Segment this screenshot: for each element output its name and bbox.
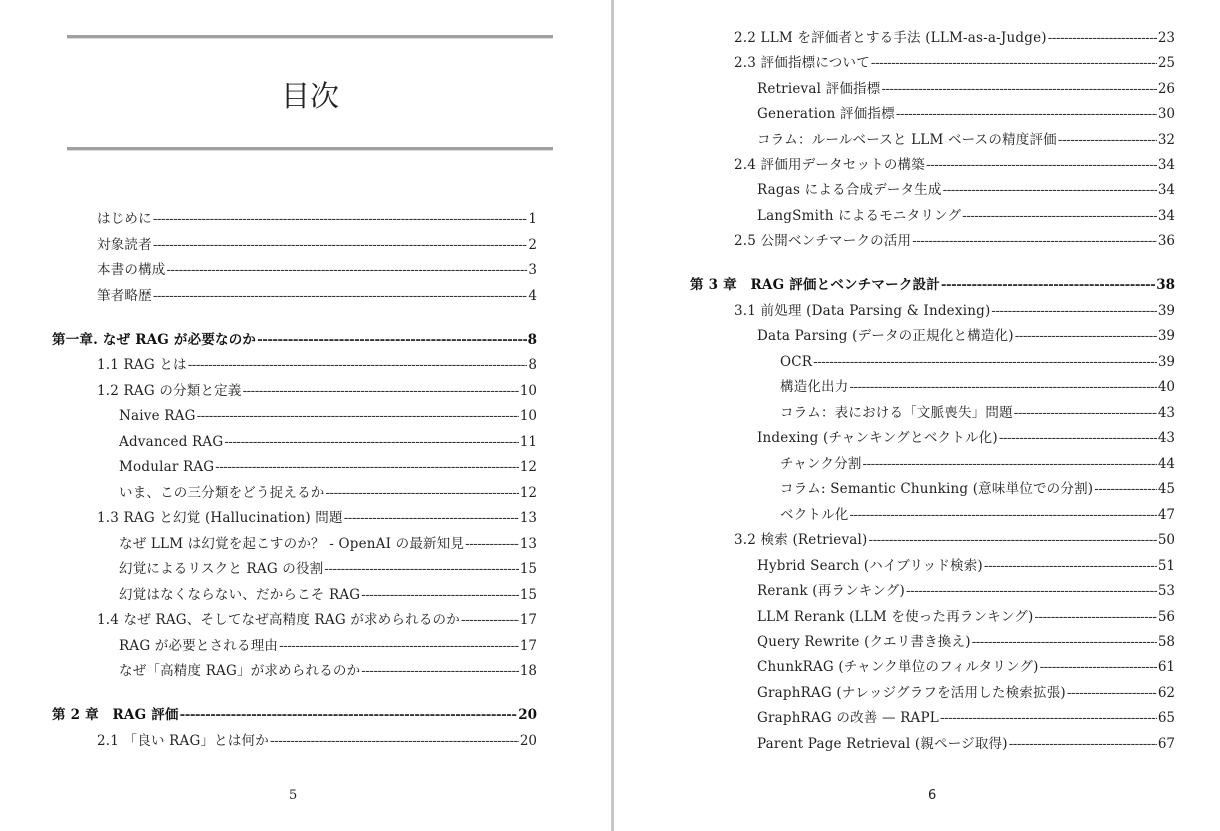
toc-entry-page: 12 [520,482,537,504]
toc-entry-page: 53 [1158,580,1175,602]
toc-entry-label: コラム: Semantic Chunking (意味単位での分割) [780,478,1093,500]
toc-entry-label: Retrieval 評価指標 [757,78,880,100]
toc-entry-page: 43 [1158,402,1175,424]
toc-entry-label: なぜ LLM は幻覚を起こすのか？ - OpenAI の最新知見 [119,533,464,555]
toc-entry-page: 13 [520,507,537,529]
toc-entry-label: 2.1 「良い RAG」とは何か [97,730,269,752]
dot-leader [906,580,1157,602]
toc-entry[interactable]: Query Rewrite (クエリ書き換え) 58 [757,631,1175,653]
dot-leader [999,427,1157,449]
toc-entry[interactable]: GraphRAG (ナレッジグラフを活用した検索拡張) 62 [757,682,1175,704]
toc-entry-label: GraphRAG の改善 — RAPL [757,707,939,729]
toc-entry[interactable]: チャンク分割44 [780,453,1175,475]
toc-entry-label: 1.4 なぜ RAG、そしてなぜ高精度 RAG が求められるのか [97,609,460,631]
toc-entry-label: Advanced RAG [119,431,223,453]
toc-entry[interactable]: 3.2 検索 (Retrieval) 50 [734,529,1175,551]
toc-entry[interactable]: Data Parsing (データの正規化と構造化) 39 [757,325,1175,347]
left-page: 目次 はじめに1 対象読者2 本書の構成3 筆者略歴4 第一章. なぜ RAG … [0,0,611,831]
toc-entry-page: 34 [1158,154,1175,176]
toc-entry-label: チャンク分割 [780,453,862,475]
toc-entry-label: コラム：表における「文脈喪失」問題 [780,402,1013,424]
toc-entry-label: 3.2 検索 (Retrieval) [734,529,868,551]
toc-entry-page: 11 [520,431,537,453]
dot-leader [863,453,1157,475]
toc-entry-label: なぜ「高精度 RAG」が求められるのか [119,660,360,682]
toc-entry-page: 23 [1158,27,1175,49]
toc-entry[interactable]: コラム：ルールベースと LLM ベースの精度評価32 [757,129,1175,151]
toc-entry[interactable]: Hybrid Search (ハイブリッド検索) 51 [757,555,1175,577]
dot-leader [1040,656,1157,678]
toc-entry[interactable]: ChunkRAG (チャンク単位のフィルタリング) 61 [757,656,1175,678]
toc-entry-label: 本書の構成 [97,259,166,281]
toc-entry-label: 2.2 LLM を評価者とする手法 (LLM-as-a-Judge) [734,27,1047,49]
dot-leader [871,52,1157,74]
toc-entry-label: 1.2 RAG の分類と定義 [97,380,242,402]
toc-entry-page: 45 [1158,478,1175,500]
toc-entry-page: 44 [1158,453,1175,475]
toc-entry-page: 4 [528,285,537,307]
toc-entry-label: Hybrid Search (ハイブリッド検索) [757,555,983,577]
toc-entry-page: 34 [1158,205,1175,227]
title-rule-bottom [67,147,553,151]
dot-leader [465,533,519,555]
toc-entry[interactable]: 1.2 RAG の分類と定義 10 [97,380,537,402]
toc-entry-page: 50 [1158,529,1175,551]
toc-entry-page: 67 [1158,733,1175,755]
toc-entry-page: 8 [528,329,537,351]
toc-entry-page: 20 [518,704,537,726]
toc-entry-label: ベクトル化 [780,504,849,526]
dot-leader [984,555,1157,577]
toc-entry-label: 1.1 RAG とは [97,354,187,376]
dot-leader [324,558,518,580]
toc-entry-label: Ragas による合成データ生成 [757,179,942,201]
toc-entry-label: 2.5 公開ベンチマークの活用 [734,230,911,252]
toc-entry-label: コラム：ルールベースと LLM ベースの精度評価 [757,129,1057,151]
toc-entry[interactable]: 対象読者2 [97,234,537,256]
dot-leader [1048,27,1157,49]
toc-entry[interactable]: 幻覚によるリスクと RAG の役割15 [119,558,537,580]
dot-leader [940,707,1157,729]
toc-entry-page: 20 [520,730,537,752]
dot-leader [461,609,519,631]
toc-entry-page: 58 [1158,631,1175,653]
dot-leader [167,259,528,281]
toc-entry-label: いま、この三分類をどう捉えるか [119,482,325,504]
toc-entry[interactable]: Modular RAG12 [119,456,537,478]
dot-leader [962,205,1157,227]
toc-entry-label: RAG が必要とされる理由 [119,635,278,657]
toc-entry-label: はじめに [97,208,152,230]
dot-leader [361,584,519,606]
dot-leader [881,78,1156,100]
toc-entry-page: 32 [1158,129,1175,151]
toc-entry[interactable]: コラム：表における「文脈喪失」問題43 [780,402,1175,424]
toc-entry-label: 第 3 章 RAG 評価とベンチマーク設計 [690,274,940,296]
toc-entry[interactable]: 2.1 「良い RAG」とは何か 20 [97,730,537,752]
dot-leader [270,730,519,752]
toc-entry[interactable]: 3.1 前処理 (Data Parsing & Indexing) 39 [734,300,1175,322]
toc-entry[interactable]: 1.3 RAG と幻覚 (Hallucination) 問題 13 [97,507,537,529]
dot-leader [1094,478,1157,500]
toc-entry[interactable]: 2.5 公開ベンチマークの活用36 [734,230,1175,252]
toc-entry-label: 幻覚はなくならない、だからこそ RAG [119,584,360,606]
toc-entry[interactable]: 筆者略歴4 [97,285,537,307]
toc-entry-label: Rerank (再ランキング) [757,580,905,602]
toc-entry-label: Modular RAG [119,456,214,478]
dot-leader [257,329,526,351]
toc-entry[interactable]: 2.2 LLM を評価者とする手法 (LLM-as-a-Judge) 23 [734,27,1175,49]
toc-entry-label: 対象読者 [97,234,152,256]
toc-entry-page: 17 [520,635,537,657]
toc-entry-page: 65 [1158,707,1175,729]
toc-entry[interactable]: LLM Rerank (LLM を使った再ランキング) 56 [757,606,1175,628]
toc-entry[interactable]: OCR39 [780,351,1175,373]
toc-entry[interactable]: 2.4 評価用データセットの構築34 [734,154,1175,176]
toc-entry[interactable]: Naive RAG10 [119,405,537,427]
toc-entry[interactable]: はじめに1 [97,208,537,230]
toc-entry-page: 13 [520,533,537,555]
toc-entry-page: 40 [1158,376,1175,398]
dot-leader [869,529,1157,551]
toc-entry-page: 26 [1158,78,1175,100]
toc-entry-page: 61 [1158,656,1175,678]
toc-entry[interactable]: 本書の構成3 [97,259,537,281]
toc-entry[interactable]: 幻覚はなくならない、だからこそ RAG 15 [119,584,537,606]
toc-entry-page: 51 [1158,555,1175,577]
toc-entry-page: 12 [520,456,537,478]
toc-entry-page: 25 [1158,52,1175,74]
toc-entry-page: 1 [528,208,537,230]
dot-leader [243,380,519,402]
dot-leader [153,285,528,307]
toc-entry-label: Generation 評価指標 [757,103,895,125]
toc-entry-page: 10 [520,405,537,427]
toc-entry-page: 30 [1158,103,1175,125]
dot-leader [180,704,518,726]
toc-entry-label: GraphRAG (ナレッジグラフを活用した検索拡張) [757,682,1066,704]
toc-entry-label: ChunkRAG (チャンク単位のフィルタリング) [757,656,1039,678]
dot-leader [1067,682,1157,704]
toc-entry-page: 56 [1158,606,1175,628]
dot-leader [896,103,1157,125]
toc-entry-page: 17 [520,609,537,631]
toc-chapter[interactable]: 第 3 章 RAG 評価とベンチマーク設計38 [690,274,1175,296]
toc-entry-label: Parent Page Retrieval (親ページ取得) [757,733,1008,755]
toc-entry[interactable]: 1.1 RAG とは 8 [97,354,537,376]
toc-entry[interactable]: Ragas による合成データ生成34 [757,179,1175,201]
toc-entry[interactable]: なぜ「高精度 RAG」が求められるのか 18 [119,660,537,682]
toc-entry[interactable]: ベクトル化47 [780,504,1175,526]
dot-leader [943,179,1157,201]
dot-leader [215,456,519,478]
toc-title: 目次 [67,74,553,115]
toc-entry-page: 36 [1158,230,1175,252]
dot-leader [912,230,1157,252]
toc-entry-page: 39 [1158,300,1175,322]
toc-entry-label: 2.3 評価指標について [734,52,870,74]
toc-entry[interactable]: Retrieval 評価指標26 [757,78,1175,100]
dot-leader [344,507,519,529]
dot-leader [153,208,528,230]
dot-leader [197,405,519,427]
toc-chapter[interactable]: 第一章. なぜ RAG が必要なのか 8 [52,329,537,351]
toc-entry-label: 3.1 前処理 (Data Parsing & Indexing) [734,300,990,322]
toc-entry[interactable]: Indexing (チャンキングとベクトル化) 43 [757,427,1175,449]
toc-entry[interactable]: GraphRAG の改善 — RAPL65 [757,707,1175,729]
toc-entry-page: 15 [520,558,537,580]
dot-leader [972,631,1157,653]
toc-entry-label: 2.4 評価用データセットの構築 [734,154,925,176]
dot-leader [153,234,528,256]
toc-entry[interactable]: いま、この三分類をどう捉えるか12 [119,482,537,504]
toc-entry-page: 2 [528,234,537,256]
toc-entry-page: 43 [1158,427,1175,449]
dot-leader [941,274,1155,296]
title-rule-top [67,35,553,39]
toc-entry-label: Query Rewrite (クエリ書き換え) [757,631,971,653]
dot-leader [188,354,528,376]
toc-entry-page: 39 [1158,325,1175,347]
toc-entry[interactable]: Generation 評価指標30 [757,103,1175,125]
toc-entry-label: OCR [780,351,812,373]
toc-entry[interactable]: 2.3 評価指標について25 [734,52,1175,74]
toc-entry[interactable]: 構造化出力40 [780,376,1175,398]
toc-entry[interactable]: なぜ LLM は幻覚を起こすのか？ - OpenAI の最新知見 13 [119,533,537,555]
toc-entry-label: 幻覚によるリスクと RAG の役割 [119,558,323,580]
toc-entry[interactable]: Rerank (再ランキング) 53 [757,580,1175,602]
toc-entry[interactable]: RAG が必要とされる理由 17 [119,635,537,657]
dot-leader [361,660,519,682]
toc-entry-label: 第 2 章 RAG 評価 [52,704,179,726]
dot-leader [813,351,1157,373]
dot-leader [850,376,1157,398]
toc-entry-page: 3 [528,259,537,281]
dot-leader [279,635,519,657]
dot-leader [1058,129,1157,151]
toc-entry[interactable]: LangSmith によるモニタリング34 [757,205,1175,227]
toc-entry-label: LangSmith によるモニタリング [757,205,961,227]
dot-leader [1034,606,1156,628]
toc-entry-page: 47 [1158,504,1175,526]
toc-entry[interactable]: 1.4 なぜ RAG、そしてなぜ高精度 RAG が求められるのか 17 [97,609,537,631]
page-number: 5 [289,788,297,803]
toc-entry-label: 1.3 RAG と幻覚 (Hallucination) 問題 [97,507,343,529]
page-number: 6 [928,788,936,803]
toc-entry-label: Naive RAG [119,405,196,427]
dot-leader [326,482,519,504]
toc-entry[interactable]: Advanced RAG11 [119,431,537,453]
toc-entry-page: 8 [528,354,537,376]
toc-entry-label: Indexing (チャンキングとベクトル化) [757,427,998,449]
toc-entry-page: 39 [1158,351,1175,373]
dot-leader [1015,325,1157,347]
toc-entry-label: Data Parsing (データの正規化と構造化) [757,325,1014,347]
toc-chapter[interactable]: 第 2 章 RAG 評価 20 [52,704,537,726]
dot-leader [926,154,1157,176]
toc-entry-page: 34 [1158,179,1175,201]
toc-entry-label: LLM Rerank (LLM を使った再ランキング) [757,606,1033,628]
dot-leader [224,431,518,453]
toc-entry-page: 15 [520,584,537,606]
dot-leader [1014,402,1157,424]
toc-entry[interactable]: Parent Page Retrieval (親ページ取得) 67 [757,733,1175,755]
toc-entry-label: 第一章. なぜ RAG が必要なのか [52,329,256,351]
dot-leader [1009,733,1157,755]
toc-entry-page: 62 [1158,682,1175,704]
dot-leader [991,300,1156,322]
toc-entry-page: 38 [1156,274,1175,296]
toc-entry-page: 10 [520,380,537,402]
toc-entry[interactable]: コラム: Semantic Chunking (意味単位での分割) 45 [780,478,1175,500]
toc-entry-label: 構造化出力 [780,376,849,398]
toc-entry-label: 筆者略歴 [97,285,152,307]
toc-entry-page: 18 [520,660,537,682]
dot-leader [850,504,1157,526]
